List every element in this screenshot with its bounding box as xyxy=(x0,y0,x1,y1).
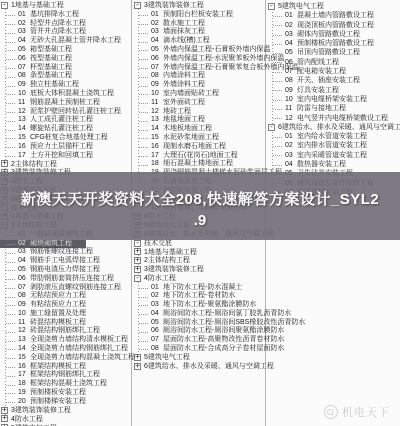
tree-item[interactable]: 01基坑排降水工程 xyxy=(0,11,131,20)
expand-icon[interactable]: + xyxy=(134,354,141,361)
banner-text-line1: 新澳天天开奖资料大全208,快速解答方案设计_SYL2 xyxy=(0,188,400,209)
tree-item[interactable]: 06外墙内保温工程-水泥聚苯板外墙内保温 xyxy=(133,55,264,64)
item-label: 外墙内保温工程-石膏板外墙内保温 xyxy=(163,46,270,53)
tree-item[interactable]: 04散热器安装工程 xyxy=(267,160,400,169)
item-label: 6建筑给水、排水及采暖、通风与空调工程 xyxy=(278,124,400,131)
item-number: 19 xyxy=(18,389,30,398)
item-label: 厕浴间防水工程-厕浴间SBS橡胶改性沥青防水 xyxy=(163,319,305,326)
item-number: 01 xyxy=(151,11,163,20)
tree-node[interactable]: -5建筑电气工程 xyxy=(267,2,400,11)
tree-item[interactable]: 18框架结构混凝土浇筑工程 xyxy=(0,380,131,389)
tree-node[interactable]: +5建筑电气工程 xyxy=(133,354,264,363)
item-label: 屋面防水工程-高聚物改性沥青卷材防水 xyxy=(163,336,284,343)
tree-item[interactable]: 10室内墙面贴砖工程 xyxy=(133,90,264,99)
overlay-banner: 新澳天天开奖资料大全208,快速解答方案设计_SYL2 .9 xyxy=(0,172,400,240)
tree-item[interactable]: 10底板大体积混凝土浇筑工程 xyxy=(0,90,131,99)
item-number: 15 xyxy=(18,354,30,363)
tree-item[interactable]: 05吊顶内管路敷设工程 xyxy=(267,48,400,57)
item-label: 条型基础工程 xyxy=(30,72,72,79)
item-label: 施工缝留置及处理 xyxy=(30,310,86,317)
item-number: 04 xyxy=(151,310,163,319)
item-label: 室外面砖工程 xyxy=(163,99,205,106)
item-label: 杯型基础工程 xyxy=(30,64,72,71)
item-number: 07 xyxy=(151,64,163,73)
banner-text-line2: .9 xyxy=(0,212,400,229)
tree-item[interactable]: 01混凝土墙内管路敷设工程 xyxy=(267,11,400,20)
item-number: 12 xyxy=(18,327,30,336)
item-number: 15 xyxy=(151,134,163,143)
tree-item[interactable]: 04厕浴间防水工程-厕浴间氯丁胶乳沥青防水 xyxy=(133,310,264,319)
item-number: 17 xyxy=(151,152,163,161)
tree-item[interactable]: 10室内电缆桥架安装工程 xyxy=(267,95,400,104)
item-label: 5建筑电气工程 xyxy=(144,354,190,361)
item-label: 灯具安装工程 xyxy=(297,87,339,94)
tree-node[interactable]: +4防水工程 xyxy=(0,415,131,424)
item-label: 箱型基础工程 xyxy=(30,46,72,53)
item-label: 预制楼板内管路敷设工程 xyxy=(297,40,374,47)
collapse-icon[interactable]: - xyxy=(268,3,275,10)
item-number: 02 xyxy=(151,20,163,29)
item-number: 16 xyxy=(151,143,163,152)
tree-item[interactable]: 03墙面抹灰工程 xyxy=(133,28,264,37)
item-label: 3建筑装饰装修工程 xyxy=(144,266,204,273)
item-label: 电气竖井内电缆桥架敷设工程 xyxy=(297,115,388,122)
item-label: 防雷与接地工程 xyxy=(297,105,346,112)
tree-node[interactable]: +6建筑给水、排水及采暖、通风与空调工程 xyxy=(133,363,264,372)
item-number: 08 xyxy=(18,292,30,301)
item-number: 11 xyxy=(285,104,297,113)
item-label: 配电箱安装工程 xyxy=(297,68,346,75)
tree-item[interactable]: 11钢筋混凝土预制桩工程 xyxy=(0,99,131,108)
tree-item[interactable]: 04钢筋手工电弧焊接工程 xyxy=(0,257,131,266)
item-label: 钢筋手工电弧焊接工程 xyxy=(30,257,100,264)
item-number: 05 xyxy=(151,46,163,55)
tree-item[interactable]: 03地下防水工程-聚氨酯涂膜防水 xyxy=(133,301,264,310)
collapse-icon[interactable]: - xyxy=(268,124,275,131)
item-label: 管内配线工程 xyxy=(297,59,339,66)
item-number: 06 xyxy=(285,58,297,67)
tree-item[interactable]: 17框架结构钢筋绑扎工程 xyxy=(0,371,131,380)
item-label: 轻型井点降水工程 xyxy=(30,20,86,27)
item-label: 室内给水管道安装工程 xyxy=(297,133,367,140)
item-number: 06 xyxy=(18,55,30,64)
item-number: 14 xyxy=(18,345,30,354)
item-number: 04 xyxy=(151,37,163,46)
item-label: 土方开挖和回填工程 xyxy=(30,152,93,159)
tree-node[interactable]: +1地基与基础工程 xyxy=(133,248,264,257)
item-number: 01 xyxy=(18,11,30,20)
watermark-text: 机电天下 xyxy=(342,404,390,420)
item-number: 16 xyxy=(18,143,30,152)
tree-item[interactable]: 07配电箱安装工程 xyxy=(267,67,400,76)
tree-item[interactable]: 08无粘结预应力工程 xyxy=(0,292,131,301)
item-number: 09 xyxy=(18,301,30,310)
item-label: 厕浴间防水工程-厕浴间氯丁胶乳沥青防水 xyxy=(163,310,291,317)
item-number: 04 xyxy=(285,160,297,169)
item-label: 外墙涂料工程 xyxy=(163,81,205,88)
item-number: 18 xyxy=(151,160,163,169)
item-number: 07 xyxy=(18,284,30,293)
tree-item[interactable]: 06筏型基础工程 xyxy=(0,55,131,64)
tree-item[interactable]: 16预应力土层锚杆工程 xyxy=(0,143,131,152)
item-label: 管井井点降水工程 xyxy=(30,28,86,35)
item-label: CFG桩复合地基处理工程 xyxy=(30,134,108,141)
item-number: 06 xyxy=(151,55,163,64)
item-number: 03 xyxy=(285,30,297,39)
tree-node[interactable]: +3建筑装饰装修工程 xyxy=(0,407,131,416)
tree-item[interactable]: 18细石混凝土楼地面工程 xyxy=(133,160,264,169)
tree-item[interactable]: 05箱型基础工程 xyxy=(0,46,131,55)
item-number: 06 xyxy=(151,327,163,336)
item-label: 底板大体积混凝土浇筑工程 xyxy=(30,90,114,97)
item-label: 无砂大孔混凝土管井降水工程 xyxy=(30,37,121,44)
item-label: 地下防水工程-防水混凝土 xyxy=(163,284,242,291)
tree-item[interactable]: 02砌块砌筑工程 xyxy=(0,240,131,249)
item-number: 07 xyxy=(285,67,297,76)
item-label: 框架结构混凝土浇筑工程 xyxy=(30,380,107,387)
tree-item[interactable]: 08屋面防水工程-合成高分子卷材屋面防水 xyxy=(133,345,264,354)
tree-item[interactable]: 14螺旋钻孔灌注桩工程 xyxy=(0,125,131,134)
tree-item[interactable]: 13人工成孔灌注桩工程 xyxy=(0,116,131,125)
tree-node[interactable]: +3建筑装饰装修工程 xyxy=(133,266,264,275)
item-number: 01 xyxy=(151,284,163,293)
item-number: 13 xyxy=(18,116,30,125)
tree-item[interactable]: 03砌体内管路敷设工程 xyxy=(267,30,400,39)
item-label: 框架结构钢筋绑扎工程 xyxy=(30,371,100,378)
item-label: 全现浇剪力墙结构混凝土浇筑工程 xyxy=(30,354,135,361)
item-label: 基坑排降水工程 xyxy=(30,11,79,18)
item-label: 室内电缆桥架安装工程 xyxy=(297,96,367,103)
tree-item[interactable]: 15水泥砂浆地面工程 xyxy=(133,134,264,143)
tree-item[interactable]: 08开关、插座安装工程 xyxy=(267,76,400,85)
item-number: 01 xyxy=(285,132,297,141)
item-label: 4防水工程 xyxy=(144,275,176,282)
item-label: 有粘结预应力工程 xyxy=(30,301,86,308)
tree-node[interactable]: -技术交底 xyxy=(133,240,264,249)
tree-item[interactable]: 03钢筋锥螺纹连接工程 xyxy=(0,248,131,257)
item-number: 03 xyxy=(18,28,30,37)
item-label: 混凝土墙内管路敷设工程 xyxy=(297,12,374,19)
tree-item[interactable]: 19预制楼板安装工程 xyxy=(0,389,131,398)
tree-item[interactable]: 06带肋钢筋套筒挤压连接工程 xyxy=(0,275,131,284)
item-label: 无粘结预应力工程 xyxy=(30,292,86,299)
item-label: 墙面抹灰工程 xyxy=(163,28,205,35)
tree-item[interactable]: 11防雷与接地工程 xyxy=(267,104,400,113)
item-number: 07 xyxy=(151,336,163,345)
item-label: 预制楼板安装工程 xyxy=(30,389,86,396)
item-label: 屋面防水工程-合成高分子卷材屋面防水 xyxy=(163,345,284,352)
tree-item[interactable]: 13地毯地面工程 xyxy=(133,116,264,125)
item-number: 17 xyxy=(18,152,30,161)
tree-item[interactable]: 04无砂大孔混凝土管井降水工程 xyxy=(0,37,131,46)
tree-item[interactable]: 01预制阳台栏板安装工程 xyxy=(133,11,264,20)
item-number: 12 xyxy=(285,114,297,123)
item-number: 15 xyxy=(18,134,30,143)
item-number: 10 xyxy=(151,90,163,99)
tree-item[interactable]: 06厕浴间防水工程-厕浴间聚氨酯涂膜防水 xyxy=(133,327,264,336)
item-number: 02 xyxy=(18,20,30,29)
item-number: 10 xyxy=(18,310,30,319)
tree-item[interactable]: 03室内采暖管道安装工程 xyxy=(267,151,400,160)
item-number: 18 xyxy=(18,380,30,389)
item-label: 人工成孔灌注桩工程 xyxy=(30,116,93,123)
item-label: 剥肋滚压直螺纹钢筋连接工程 xyxy=(30,284,121,291)
item-number: 06 xyxy=(18,275,30,284)
item-number: 11 xyxy=(18,99,30,108)
tree-item[interactable]: 14全现浇剪力墙结构钢筋绑扎工程 xyxy=(0,345,131,354)
item-number: 07 xyxy=(18,64,30,73)
collapse-icon[interactable]: - xyxy=(134,275,141,282)
tree-item[interactable]: 01室内给水管道安装工程 xyxy=(267,132,400,141)
item-number: 04 xyxy=(285,39,297,48)
tree-item[interactable]: 02现浇顶板内管路敷设工程 xyxy=(267,21,400,30)
tree-item[interactable]: 08内墙涂料工程 xyxy=(133,72,264,81)
item-label: 砖混结构模板工程 xyxy=(30,319,86,326)
item-label: 吊顶内管路敷设工程 xyxy=(297,49,360,56)
item-number: 14 xyxy=(18,125,30,134)
item-label: 钢筋锥螺纹连接工程 xyxy=(30,248,93,255)
item-number: 17 xyxy=(18,371,30,380)
item-label: 地毯地面工程 xyxy=(163,116,205,123)
tree-item[interactable]: 12电气竖井内电缆桥架敷设工程 xyxy=(267,114,400,123)
item-label: 木地板地面工程 xyxy=(163,125,212,132)
tree-item[interactable]: 16现制水磨石地面工程 xyxy=(133,143,264,152)
item-number: 12 xyxy=(18,108,30,117)
item-number: 03 xyxy=(151,28,163,37)
item-number: 08 xyxy=(151,72,163,81)
tree-item[interactable]: 11室外面砖工程 xyxy=(133,99,264,108)
item-label: 水泥砂浆地面工程 xyxy=(163,134,219,141)
item-number: 09 xyxy=(18,81,30,90)
item-label: 钢筋混凝土预制桩工程 xyxy=(30,99,100,106)
tree-node[interactable]: +2主体结构工程 xyxy=(0,160,131,169)
item-number: 02 xyxy=(151,292,163,301)
item-number: 20 xyxy=(18,398,30,407)
tree-item[interactable]: 05钢筋电渣压力焊接工程 xyxy=(0,266,131,275)
item-label: 散热器安装工程 xyxy=(297,161,346,168)
tree-item[interactable]: 15CFG桩复合地基处理工程 xyxy=(0,134,131,143)
item-number: 05 xyxy=(18,266,30,275)
item-label: 技术交底 xyxy=(144,240,172,247)
item-number: 03 xyxy=(18,248,30,257)
tree-item[interactable]: 01地下防水工程-防水混凝土 xyxy=(133,284,264,293)
tree-item[interactable]: 10施工缝留置及处理 xyxy=(0,310,131,319)
tree-item[interactable]: 02地下防水工程-卷材防水 xyxy=(133,292,264,301)
tree-node[interactable]: -4防水工程 xyxy=(133,275,264,284)
item-label: 砌体内管路敷设工程 xyxy=(297,31,360,38)
item-number: 02 xyxy=(285,21,297,30)
item-label: 地下防水工程-聚氨酯涂膜防水 xyxy=(163,301,256,308)
item-label: 全现浇剪力墙结构钢筋绑扎工程 xyxy=(30,345,128,352)
collapse-icon[interactable]: - xyxy=(134,2,141,9)
item-number: 13 xyxy=(18,336,30,345)
tree-item[interactable]: 17土方开挖和回填工程 xyxy=(0,152,131,161)
item-label: 现浇顶板内管路敷设工程 xyxy=(297,22,374,29)
item-label: 2主体结构工程 xyxy=(144,257,190,264)
tree-node[interactable]: -1地基与基础工程 xyxy=(0,2,131,11)
item-number: 16 xyxy=(18,363,30,372)
item-label: 大理石(花岗石)地面工程 xyxy=(163,152,238,159)
item-number: 02 xyxy=(285,141,297,150)
item-label: 厕浴间防水工程-厕浴间聚氨酯涂膜防水 xyxy=(163,327,284,334)
tree-item[interactable]: 12砖混结构钢筋绑扎工程 xyxy=(0,327,131,336)
tree-item[interactable]: 04滴水线(槽)工程 xyxy=(133,37,264,46)
item-label: 砌块砌筑工程 xyxy=(30,240,72,247)
item-number: 04 xyxy=(18,37,30,46)
item-number: 04 xyxy=(18,257,30,266)
tree-item[interactable]: 07剥肋滚压直螺纹钢筋连接工程 xyxy=(0,284,131,293)
collapse-icon[interactable]: - xyxy=(1,2,8,9)
item-label: 地砖工程 xyxy=(163,108,191,115)
item-label: 预应力土层锚杆工程 xyxy=(30,143,93,150)
item-label: 框架结构模板工程 xyxy=(30,363,86,370)
expand-icon[interactable]: + xyxy=(134,363,141,370)
item-number: 01 xyxy=(285,11,297,20)
item-label: 6建筑给水、排水及采暖、通风与空调工程 xyxy=(144,363,274,370)
item-number: 03 xyxy=(285,151,297,160)
item-label: 2主体结构工程 xyxy=(11,161,57,168)
item-label: 室内墙面贴砖工程 xyxy=(163,90,219,97)
item-label: 筏型基础工程 xyxy=(30,55,72,62)
item-number: 10 xyxy=(18,90,30,99)
item-number: 10 xyxy=(285,95,297,104)
item-number: 09 xyxy=(151,81,163,90)
tree-item[interactable]: 14木地板地面工程 xyxy=(133,125,264,134)
tree-item[interactable]: 15全现浇剪力墙结构混凝土浇筑工程 xyxy=(0,354,131,363)
item-label: 砖混结构钢筋绑扎工程 xyxy=(30,327,100,334)
tree-item[interactable]: 02室内排水管道安装工程 xyxy=(267,141,400,150)
tree-item[interactable]: 09有粘结预应力工程 xyxy=(0,301,131,310)
item-label: 现制水磨石地面工程 xyxy=(163,143,226,150)
item-number: 11 xyxy=(18,319,30,328)
tree-item[interactable]: 09外墙涂料工程 xyxy=(133,81,264,90)
tree-item[interactable]: 04预制楼板内管路敷设工程 xyxy=(267,39,400,48)
item-label: 室内排水管道安装工程 xyxy=(297,142,367,149)
tree-item[interactable]: 05外墙内保温工程-石膏板外墙内保温 xyxy=(133,46,264,55)
item-label: 开关、插座安装工程 xyxy=(297,77,360,84)
item-number: 11 xyxy=(151,99,163,108)
item-number: 13 xyxy=(151,116,163,125)
logo-circle-icon xyxy=(324,405,338,419)
tree-node[interactable]: +2主体结构工程 xyxy=(133,257,264,266)
item-number: 05 xyxy=(285,48,297,57)
tree-column-right: -5建筑电气工程01混凝土墙内管路敷设工程02现浇顶板内管路敷设工程03砌体内管… xyxy=(267,2,400,197)
item-label: 5建筑电气工程 xyxy=(278,3,324,10)
item-label: 3建筑装饰装修工程 xyxy=(144,2,204,9)
item-label: 带肋钢筋套筒挤压连接工程 xyxy=(30,275,114,282)
item-number: 03 xyxy=(151,301,163,310)
tree-item[interactable]: 09灯具安装工程 xyxy=(267,86,400,95)
item-number: 08 xyxy=(18,72,30,81)
item-label: 1地基与基础工程 xyxy=(144,249,197,256)
tree-item[interactable]: 07屋面防水工程-高聚物改性沥青卷材防水 xyxy=(133,336,264,345)
tree-item[interactable]: 20预制楼梯安装工程 xyxy=(0,398,131,407)
item-label: 全现浇剪力墙结构清水模板工程 xyxy=(30,336,128,343)
item-label: 泥浆护壁回转钻孔灌注桩工程 xyxy=(30,108,121,115)
item-number: 05 xyxy=(18,46,30,55)
tree-item[interactable]: 06管内配线工程 xyxy=(267,58,400,67)
item-label: 独立柱基础工程 xyxy=(30,81,79,88)
item-label: 散水施工工程 xyxy=(163,20,205,27)
tree-node[interactable]: -3建筑装饰装修工程 xyxy=(133,2,264,11)
tree-item[interactable]: 03管井井点降水工程 xyxy=(0,28,131,37)
item-number: 08 xyxy=(151,345,163,354)
item-label: 地下防水工程-卷材防水 xyxy=(163,292,235,299)
item-label: 预制楼梯安装工程 xyxy=(30,398,86,405)
item-label: 1地基与基础工程 xyxy=(11,2,64,9)
item-label: 3建筑装饰装修工程 xyxy=(11,407,71,414)
item-label: 滴水线(槽)工程 xyxy=(163,37,210,44)
tree-item[interactable]: 09独立柱基础工程 xyxy=(0,81,131,90)
expand-icon[interactable]: + xyxy=(134,266,141,273)
item-label: 预制阳台栏板安装工程 xyxy=(163,11,233,18)
tree-item[interactable]: 13全现浇剪力墙结构清水模板工程 xyxy=(0,336,131,345)
item-label: 4防水工程 xyxy=(11,416,43,423)
item-label: 内墙涂料工程 xyxy=(163,72,205,79)
item-number: 05 xyxy=(151,319,163,328)
item-label: 室内采暖管道安装工程 xyxy=(297,152,367,159)
tree-node[interactable]: -6建筑给水、排水及采暖、通风与空调工程 xyxy=(267,123,400,132)
item-label: 钢筋电渣压力焊接工程 xyxy=(30,266,100,273)
item-number: 08 xyxy=(285,76,297,85)
item-number: 02 xyxy=(18,240,30,249)
watermark: 机电天下 xyxy=(324,404,390,420)
item-number: 14 xyxy=(151,125,163,134)
item-label: 细石混凝土楼地面工程 xyxy=(163,160,233,167)
tree-item[interactable]: 08条型基础工程 xyxy=(0,72,131,81)
item-label: 螺旋钻孔灌注桩工程 xyxy=(30,125,93,132)
item-number: 12 xyxy=(151,108,163,117)
item-number: 09 xyxy=(285,86,297,95)
